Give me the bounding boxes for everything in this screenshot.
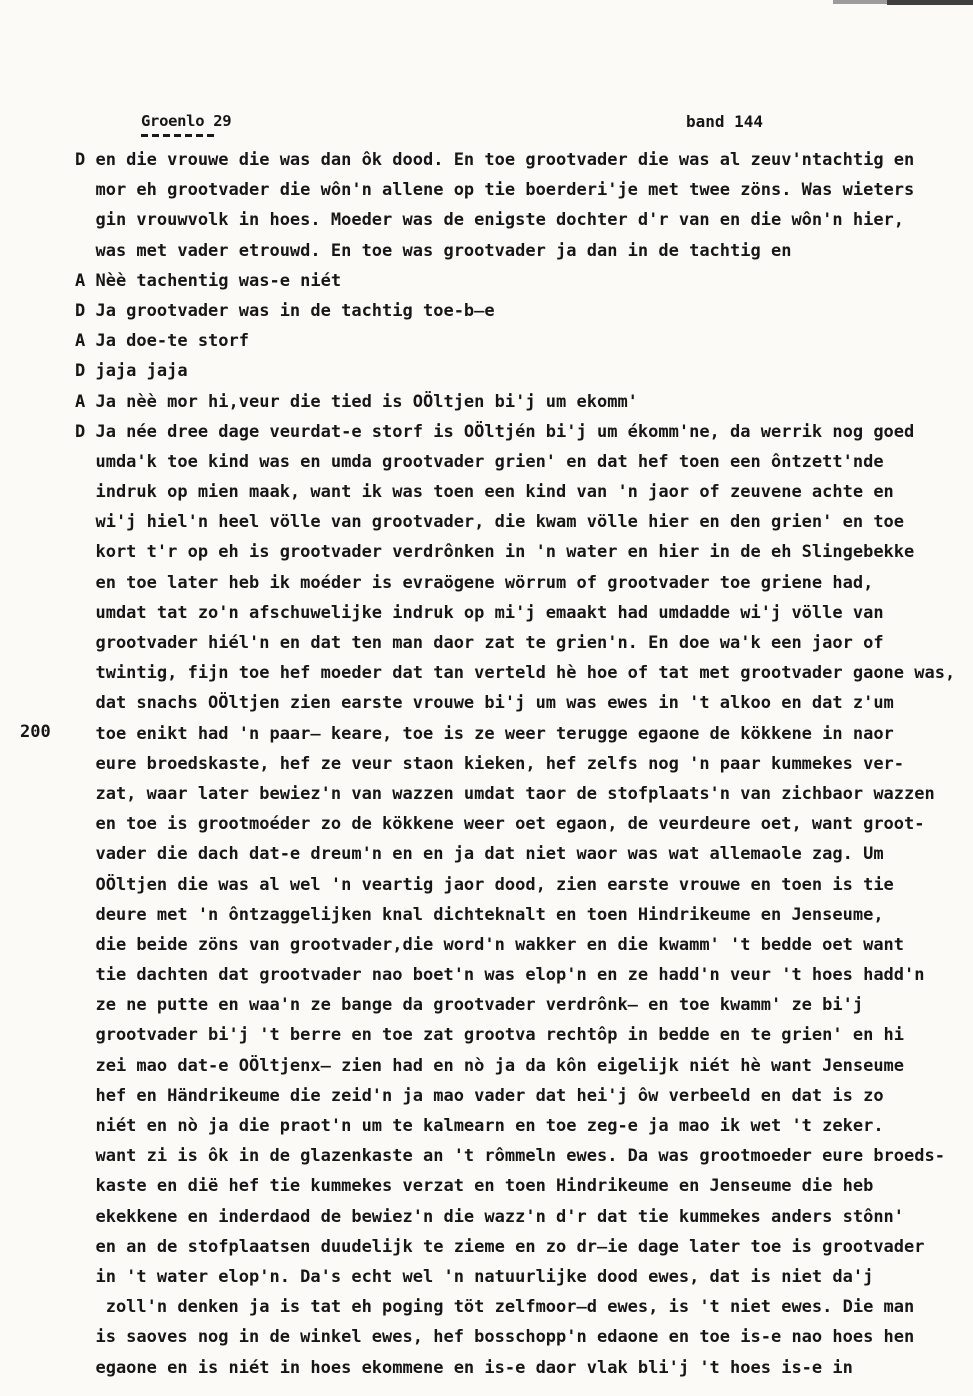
transcript-line: deure met 'n ôntzaggelijken knal dichtek… <box>75 900 973 930</box>
line-text: niét en nò ja die praot'n um te kalmearn… <box>95 1111 883 1141</box>
speaker-label <box>75 900 95 930</box>
transcript-line: kort t'r op eh is grootvader verdrônken … <box>75 537 973 567</box>
speaker-label <box>75 930 95 960</box>
line-text: vader die dach dat-e dreum'n en en ja da… <box>95 839 883 869</box>
line-text: egaone en is niét in hoes ekommene en is… <box>95 1353 852 1383</box>
line-text: zoll'n denken ja is tat eh poging töt ze… <box>95 1292 914 1322</box>
transcript-line: wi'j hiel'n heel völle van grootvader, d… <box>75 507 973 537</box>
speaker-label <box>75 628 95 658</box>
speaker-label <box>75 1141 95 1171</box>
transcript-line: mor eh grootvader die wôn'n allene op ti… <box>75 175 973 205</box>
transcript-line: die beide zöns van grootvader,die word'n… <box>75 930 973 960</box>
transcript-line: hef en Händrikeume die zeid'n ja mao vad… <box>75 1081 973 1111</box>
transcript-line: ANèè tachentig was-e niét <box>75 266 973 296</box>
speaker-label <box>75 175 95 205</box>
transcript-line: OÖltjen die was al wel 'n veartig jaor d… <box>75 870 973 900</box>
transcript-line: ekekkene en inderdaod de bewiez'n die wa… <box>75 1202 973 1232</box>
speaker-label: D <box>75 296 95 326</box>
speaker-label <box>75 1171 95 1201</box>
speaker-label: A <box>75 326 95 356</box>
transcript-line: zei mao dat-e OÖltjenx̶ zien had en nò j… <box>75 1051 973 1081</box>
transcript-line: in 't water elop'n. Da's echt wel 'n nat… <box>75 1262 973 1292</box>
transcript-line: grootvader bi'j 't berre en toe zat groo… <box>75 1020 973 1050</box>
speaker-label <box>75 537 95 567</box>
transcript-line: toe enikt had 'n paar̶ keare, toe is ze … <box>75 719 973 749</box>
speaker-label <box>75 749 95 779</box>
transcript-line: want zi is ôk in de glazenkaste an 't rô… <box>75 1141 973 1171</box>
line-text: Nèè tachentig was-e niét <box>95 266 341 296</box>
speaker-label <box>75 507 95 537</box>
line-text: in 't water elop'n. Da's echt wel 'n nat… <box>95 1262 873 1292</box>
line-text: indruk op mien maak, want ik was toen ee… <box>95 477 893 507</box>
line-text: want zi is ôk in de glazenkaste an 't rô… <box>95 1141 945 1171</box>
transcript-line: umda'k toe kind was en umda grootvader g… <box>75 447 973 477</box>
transcript-line: AJa nèè mor hi,veur die tied is OÖltjen … <box>75 387 973 417</box>
transcript-line: gin vrouwvolk in hoes. Moeder was de eni… <box>75 205 973 235</box>
speaker-label <box>75 1051 95 1081</box>
speaker-label: D <box>75 356 95 386</box>
line-text: zat, waar later bewiez'n van wazzen umda… <box>95 779 934 809</box>
transcript-line: Djaja jaja <box>75 356 973 386</box>
speaker-label: D <box>75 417 95 447</box>
transcript-line: AJa doe-te storf <box>75 326 973 356</box>
line-text: umdat tat zo'n afschuwelijke indruk op m… <box>95 598 883 628</box>
line-text: Ja nèè mor hi,veur die tied is OÖltjen b… <box>95 387 637 417</box>
band-label: band 144 <box>686 112 763 131</box>
title-underline-dashes <box>141 134 217 137</box>
scan-artifact-bar-light <box>833 0 887 4</box>
scan-artifact-bar-dark <box>887 0 973 5</box>
speaker-label <box>75 1232 95 1262</box>
line-text: umda'k toe kind was en umda grootvader g… <box>95 447 883 477</box>
document-title: Groenlo 29 <box>141 112 231 130</box>
transcript-line: eure broedskaste, hef ze veur staon kiek… <box>75 749 973 779</box>
line-text: gin vrouwvolk in hoes. Moeder was de eni… <box>95 205 904 235</box>
transcript-line: niét en nò ja die praot'n um te kalmearn… <box>75 1111 973 1141</box>
line-text: is saoves nog in de winkel ewes, hef bos… <box>95 1322 914 1352</box>
line-text: kort t'r op eh is grootvader verdrônken … <box>95 537 914 567</box>
line-text: en die vrouwe die was dan ôk dood. En to… <box>95 145 914 175</box>
transcript-line: kaste en dië hef tie kummekes verzat en … <box>75 1171 973 1201</box>
transcript-line: tie dachten dat grootvader nao boet'n wa… <box>75 960 973 990</box>
line-text: Ja grootvader was in de tachtig toe-b̶e <box>95 296 494 326</box>
line-text: deure met 'n ôntzaggelijken knal dichtek… <box>95 900 883 930</box>
line-text: kaste en dië hef tie kummekes verzat en … <box>95 1171 873 1201</box>
speaker-label <box>75 960 95 990</box>
speaker-label <box>75 477 95 507</box>
speaker-label <box>75 688 95 718</box>
speaker-label <box>75 447 95 477</box>
line-text: ekekkene en inderdaod de bewiez'n die wa… <box>95 1202 904 1232</box>
line-text: mor eh grootvader die wôn'n allene op ti… <box>95 175 914 205</box>
line-text: ze ne putte en waa'n ze bange da grootva… <box>95 990 863 1020</box>
transcript-line: en an de stofplaatsen duudelijk te zieme… <box>75 1232 973 1262</box>
transcript-line: dat snachs OÖltjen zien earste vrouwe bi… <box>75 688 973 718</box>
speaker-label <box>75 598 95 628</box>
speaker-label <box>75 568 95 598</box>
transcript-line: DJa née dree dage veurdat-e storf is OÖl… <box>75 417 973 447</box>
speaker-label <box>75 1202 95 1232</box>
speaker-label <box>75 1081 95 1111</box>
line-text: grootvader bi'j 't berre en toe zat groo… <box>95 1020 904 1050</box>
line-text: tie dachten dat grootvader nao boet'n wa… <box>95 960 924 990</box>
document-page: Groenlo 29 band 144 200 Den die vrouwe d… <box>0 0 973 1396</box>
speaker-label <box>75 236 95 266</box>
line-text: was met vader etrouwd. En toe was grootv… <box>95 236 791 266</box>
line-text: hef en Händrikeume die zeid'n ja mao vad… <box>95 1081 883 1111</box>
line-text: twintig, fijn toe hef moeder dat tan ver… <box>95 658 955 688</box>
line-text: en an de stofplaatsen duudelijk te zieme… <box>95 1232 924 1262</box>
transcript-line: grootvader hiél'n en dat ten man daor za… <box>75 628 973 658</box>
speaker-label <box>75 839 95 869</box>
line-text: jaja jaja <box>95 356 187 386</box>
transcript-line: ze ne putte en waa'n ze bange da grootva… <box>75 990 973 1020</box>
speaker-label: A <box>75 266 95 296</box>
transcript-line: egaone en is niét in hoes ekommene en is… <box>75 1353 973 1383</box>
speaker-label: A <box>75 387 95 417</box>
speaker-label <box>75 1262 95 1292</box>
transcript-line: zat, waar later bewiez'n van wazzen umda… <box>75 779 973 809</box>
speaker-label <box>75 1353 95 1383</box>
transcript-line: indruk op mien maak, want ik was toen ee… <box>75 477 973 507</box>
line-text: grootvader hiél'n en dat ten man daor za… <box>95 628 883 658</box>
line-text: toe enikt had 'n paar̶ keare, toe is ze … <box>95 719 893 749</box>
transcript-line: was met vader etrouwd. En toe was grootv… <box>75 236 973 266</box>
transcript-line: DJa grootvader was in de tachtig toe-b̶e <box>75 296 973 326</box>
transcript-line: umdat tat zo'n afschuwelijke indruk op m… <box>75 598 973 628</box>
speaker-label <box>75 779 95 809</box>
speaker-label <box>75 1111 95 1141</box>
line-text: en toe later heb ik moéder is evraögene … <box>95 568 873 598</box>
transcript-line: twintig, fijn toe hef moeder dat tan ver… <box>75 658 973 688</box>
line-text: Ja née dree dage veurdat-e storf is OÖlt… <box>95 417 914 447</box>
transcript-line: zoll'n denken ja is tat eh poging töt ze… <box>75 1292 973 1322</box>
speaker-label <box>75 1020 95 1050</box>
line-text: en toe is grootmoéder zo de kökkene weer… <box>95 809 924 839</box>
speaker-label <box>75 719 95 749</box>
line-text: Ja doe-te storf <box>95 326 249 356</box>
transcript-line: is saoves nog in de winkel ewes, hef bos… <box>75 1322 973 1352</box>
speaker-label <box>75 870 95 900</box>
speaker-label <box>75 1322 95 1352</box>
line-text: eure broedskaste, hef ze veur staon kiek… <box>95 749 904 779</box>
line-text: zei mao dat-e OÖltjenx̶ zien had en nò j… <box>95 1051 904 1081</box>
line-text: OÖltjen die was al wel 'n veartig jaor d… <box>95 870 893 900</box>
speaker-label <box>75 658 95 688</box>
line-text: dat snachs OÖltjen zien earste vrouwe bi… <box>95 688 893 718</box>
transcript-body: Den die vrouwe die was dan ôk dood. En t… <box>75 145 973 1383</box>
line-number-note: 200 <box>20 722 51 742</box>
speaker-label <box>75 990 95 1020</box>
line-text: wi'j hiel'n heel völle van grootvader, d… <box>95 507 904 537</box>
speaker-label <box>75 809 95 839</box>
speaker-label: D <box>75 145 95 175</box>
transcript-line: Den die vrouwe die was dan ôk dood. En t… <box>75 145 973 175</box>
line-text: die beide zöns van grootvader,die word'n… <box>95 930 904 960</box>
transcript-line: vader die dach dat-e dreum'n en en ja da… <box>75 839 973 869</box>
speaker-label <box>75 1292 95 1322</box>
transcript-line: en toe is grootmoéder zo de kökkene weer… <box>75 809 973 839</box>
speaker-label <box>75 205 95 235</box>
transcript-line: en toe later heb ik moéder is evraögene … <box>75 568 973 598</box>
